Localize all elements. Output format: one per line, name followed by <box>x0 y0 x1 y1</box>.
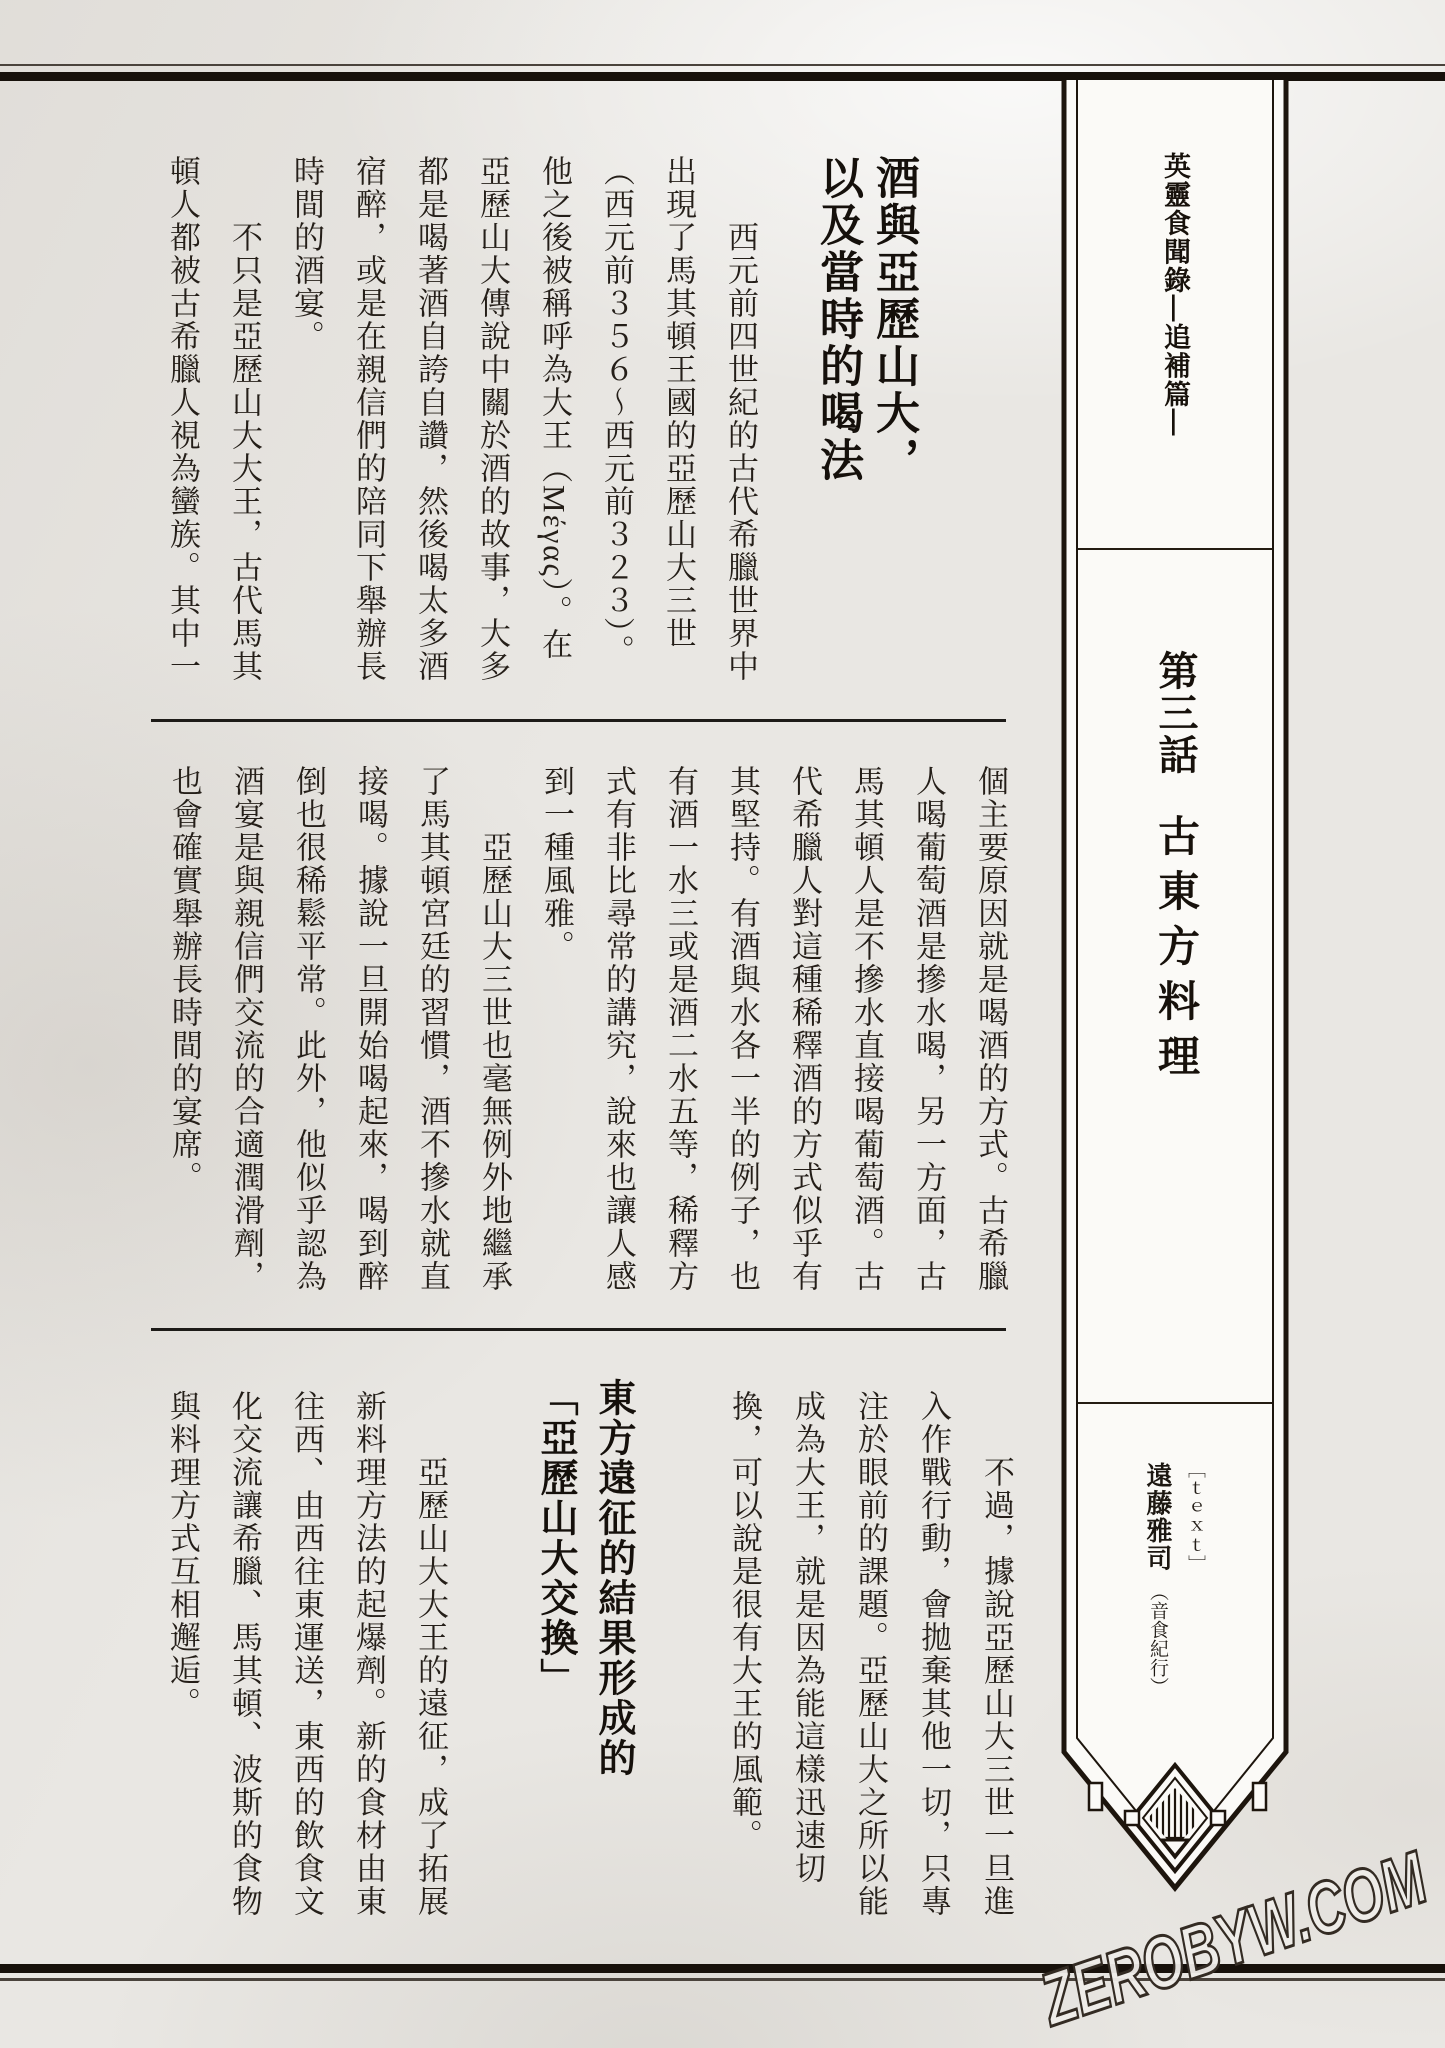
watermark-layer: ZEROBYW.COM <box>0 0 1445 2048</box>
site-watermark: ZEROBYW.COM <box>1029 1835 1437 2041</box>
scanned-book-page: 英靈食聞錄—追補篇— 第三話古東方料理 ［ｔｅｘｔ］ 遠藤雅司（音食紀行） 酒與… <box>0 0 1445 2048</box>
